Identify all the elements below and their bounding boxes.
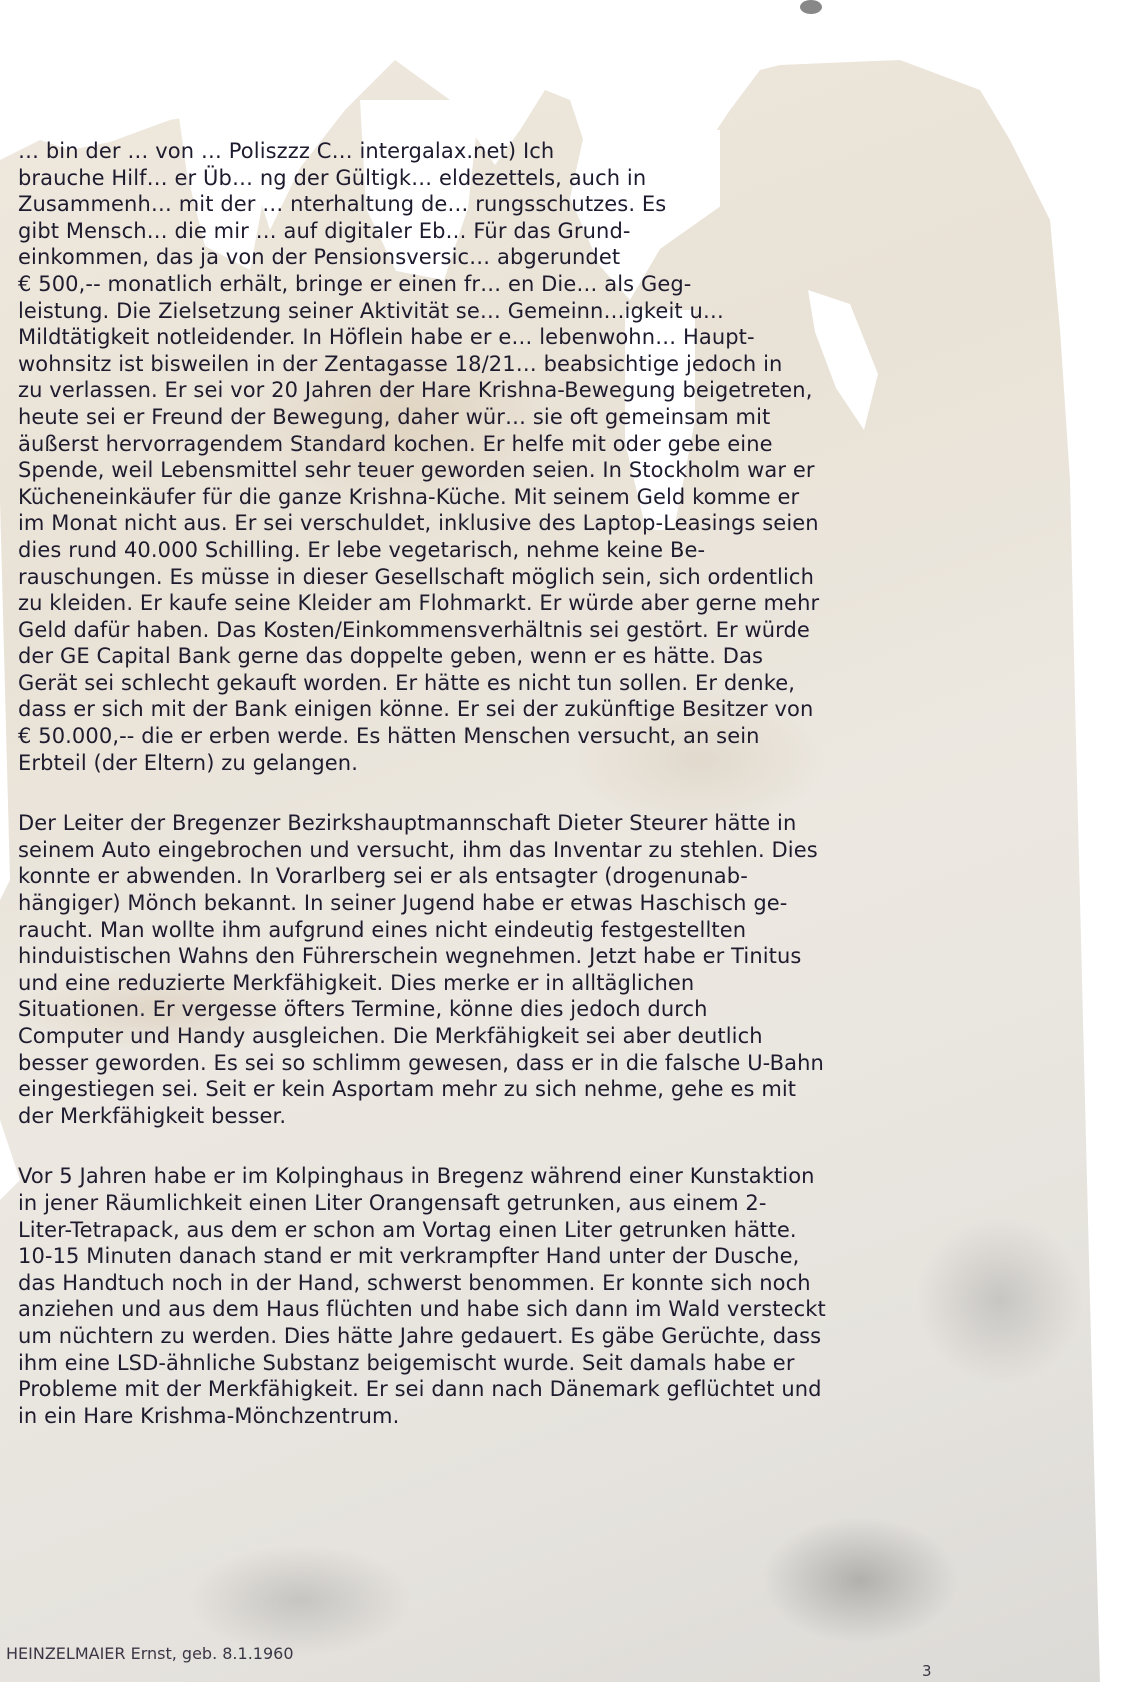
document-footer: HEINZELMAIER Ernst, geb. 8.1.1960 xyxy=(6,1644,294,1663)
paragraph: Vor 5 Jahren habe er im Kolpinghaus in B… xyxy=(18,1163,918,1429)
paragraph: Der Leiter der Bregenzer Bezirkshauptman… xyxy=(18,810,918,1129)
paper-fragment xyxy=(800,0,822,14)
page-number: 3 xyxy=(922,1662,932,1680)
paragraph: … bin der … von … Poliszzz C… intergalax… xyxy=(18,138,918,776)
document-body: … bin der … von … Poliszzz C… intergalax… xyxy=(18,138,918,1463)
